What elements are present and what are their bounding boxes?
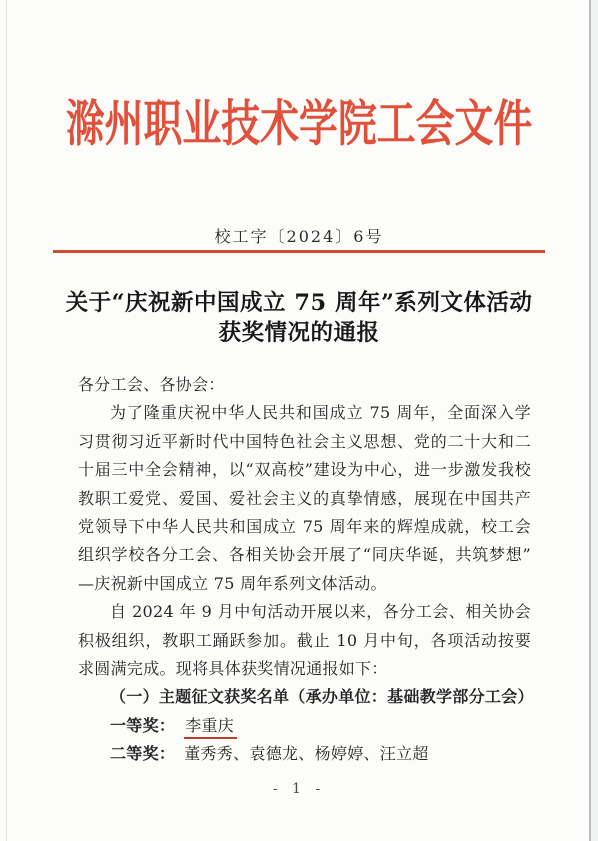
document-title: 关于“庆祝新中国成立 75 周年”系列文体活动 获奖情况的通报 bbox=[30, 288, 568, 348]
document-title-line2: 获奖情况的通报 bbox=[30, 318, 568, 348]
first-prize-names: 李重庆 bbox=[184, 716, 237, 739]
scan-edge-right-band bbox=[590, 0, 598, 841]
document-body: 各分工会、各协会： 为了隆重庆祝中华人民共和国成立 75 周年，全面深入学习贯彻… bbox=[78, 371, 531, 769]
document-number: 校工字〔2024〕6号 bbox=[0, 224, 598, 247]
award-line-second-prize: 二等奖：董秀秀、袁德龙、杨婷婷、汪立超 bbox=[78, 740, 531, 768]
scan-edge-right-line bbox=[589, 0, 591, 841]
document-title-line1: 关于“庆祝新中国成立 75 周年”系列文体活动 bbox=[30, 288, 568, 318]
paragraph-1: 为了隆重庆祝中华人民共和国成立 75 周年，全面深入学习贯彻习近平新时代中国特色… bbox=[78, 399, 531, 598]
document-page: 滁州职业技术学院工会文件 校工字〔2024〕6号 关于“庆祝新中国成立 75 周… bbox=[0, 0, 598, 841]
second-prize-names: 董秀秀、袁德龙、杨婷婷、汪立超 bbox=[184, 744, 429, 763]
scan-edge-left-line bbox=[6, 0, 7, 841]
page-number: - 1 - bbox=[0, 781, 598, 797]
section-1-heading: （一）主题征文获奖名单（承办单位：基础教学部分工会） bbox=[78, 683, 531, 711]
award-line-first-prize: 一等奖：李重庆 bbox=[78, 712, 531, 740]
second-prize-label: 二等奖： bbox=[110, 744, 175, 763]
paragraph-2: 自 2024 年 9 月中旬活动开展以来，各分工会、相关协会积极组织，教职工踊跃… bbox=[78, 598, 531, 683]
first-prize-label: 一等奖： bbox=[110, 716, 175, 735]
document-header-title: 滁州职业技术学院工会文件 bbox=[57, 95, 541, 153]
salutation: 各分工会、各协会： bbox=[78, 371, 531, 399]
red-separator-rule bbox=[53, 250, 545, 253]
